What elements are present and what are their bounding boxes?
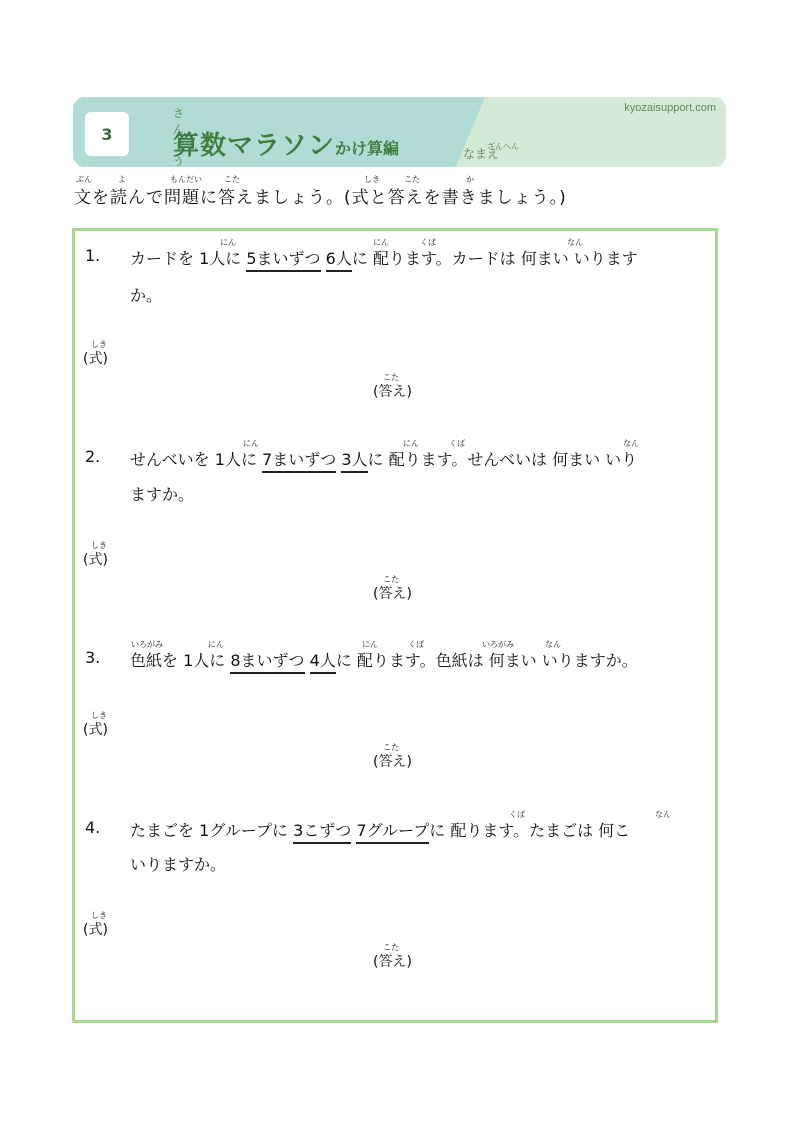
problem-line-2: ますか。 bbox=[130, 482, 194, 505]
problem-number: 3. bbox=[85, 648, 100, 667]
answer-label: (答え) bbox=[373, 951, 412, 971]
formula-label: (式) bbox=[83, 719, 108, 739]
problem-line-1: カードを 1人に 5まいずつ 6人に 配ります。カードは 何まい いります bbox=[130, 246, 638, 269]
answer-label: (答え) bbox=[373, 381, 412, 401]
underlined-text: 6人 bbox=[326, 249, 352, 272]
text: せんべいを 1人に bbox=[130, 450, 262, 469]
text: カードを 1人に bbox=[130, 249, 246, 268]
text bbox=[321, 249, 326, 268]
formula-label: (式) bbox=[83, 919, 108, 939]
problem-line-2: か。 bbox=[130, 283, 162, 306]
underlined-text: 7グループ bbox=[356, 821, 429, 844]
underlined-text: 8まいずつ bbox=[230, 651, 304, 674]
underlined-text: 3こずつ bbox=[293, 821, 351, 844]
title-subtitle: かけ算編 bbox=[335, 139, 399, 158]
formula-label: (式) bbox=[83, 549, 108, 569]
problem-number: 1. bbox=[85, 246, 100, 265]
formula-label: (式) bbox=[83, 348, 108, 368]
problem-line-2: いりますか。 bbox=[130, 852, 226, 875]
text bbox=[305, 651, 310, 670]
problem-line-1: たまごを 1グループに 3こずつ 7グループに 配ります。たまごは 何こ bbox=[130, 818, 630, 841]
text: 色紙を 1人に bbox=[130, 651, 230, 670]
problem-number: 2. bbox=[85, 447, 100, 466]
underlined-text: 3人 bbox=[341, 450, 367, 473]
text: に 配ります。たまごは 何こ bbox=[429, 821, 630, 840]
site-url: kyozaisupport.com bbox=[624, 102, 716, 114]
problem-line-1: せんべいを 1人に 7まいずつ 3人に 配ります。せんべいは 何まい いり bbox=[130, 447, 637, 470]
instruction-text: 文を読んで問題に答えましょう。(式と答えを書きましょう。) bbox=[74, 183, 567, 208]
page-title: 算数マラソンかけ算編 bbox=[173, 125, 399, 162]
problems-box: にん にん くば なん 1. カードを 1人に 5まいずつ 6人に 配ります。カ… bbox=[72, 228, 718, 1023]
underlined-text: 7まいずつ bbox=[262, 450, 336, 473]
title-main: 算数マラソン bbox=[173, 131, 335, 161]
problem-line-1: 色紙を 1人に 8まいずつ 4人に 配ります。色紙は 何まい いりますか。 bbox=[130, 648, 638, 671]
worksheet-number-badge: 3 bbox=[85, 112, 129, 156]
answer-label: (答え) bbox=[373, 583, 412, 603]
underlined-text: 5まいずつ bbox=[246, 249, 320, 272]
text: に 配ります。カードは 何まい いります bbox=[352, 249, 638, 268]
text: たまごを 1グループに bbox=[130, 821, 293, 840]
worksheet-header: 3 さんすう 算数マラソンかけ算編 ざんへん kyozaisupport.com… bbox=[73, 97, 726, 167]
underlined-text: 4人 bbox=[310, 651, 336, 674]
answer-label: (答え) bbox=[373, 751, 412, 771]
ruby: なん bbox=[655, 809, 671, 820]
text: に 配ります。色紙は 何まい いりますか。 bbox=[336, 651, 638, 670]
name-field-label: なまえ bbox=[463, 145, 499, 162]
text: に 配ります。せんべいは 何まい いり bbox=[368, 450, 638, 469]
problem-number: 4. bbox=[85, 818, 100, 837]
